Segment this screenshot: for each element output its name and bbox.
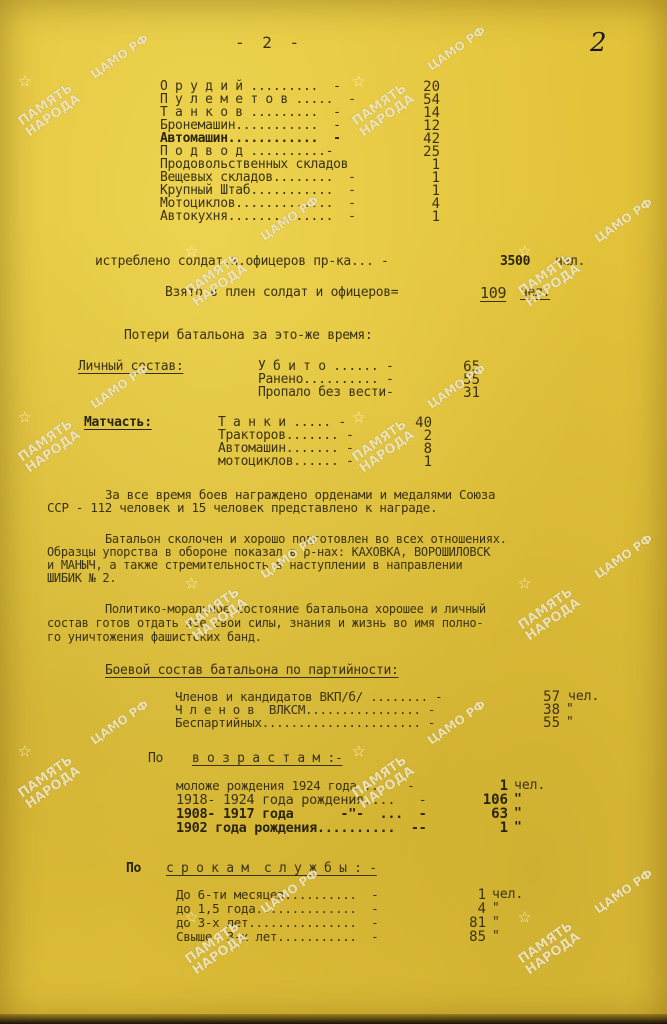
age-label: 1918- 1924 года рождения.... - (176, 793, 427, 807)
service-label: До 6-ти месяцев.......... - (176, 888, 378, 902)
service-heading: с р о к а м с л у ж б ы : - (166, 862, 377, 876)
captured-unit: чел. (520, 286, 550, 300)
battalion-line: ШИБИК № 2. (47, 571, 116, 585)
service-unit: чел. (492, 888, 523, 902)
project-watermark: ПАМЯТЬНАРОДА (16, 82, 83, 140)
age-value: 1 (468, 821, 508, 835)
service-unit: " (492, 916, 500, 930)
losses-heading: Потери батальона за это-же время: (124, 329, 372, 343)
party-unit: " (566, 716, 574, 730)
archive-watermark: ЦАМО РФ (88, 31, 151, 81)
star-icon: ☆ (185, 570, 198, 595)
service-label: до 3-х лет............... - (176, 916, 378, 930)
project-watermark-line: НАРОДА (23, 92, 82, 139)
age-heading-prefix: По (148, 752, 163, 766)
trophy-value: 1 (400, 210, 440, 224)
age-unit: " (514, 807, 522, 821)
service-label: Свыше 3-х лет........... - (176, 930, 378, 944)
party-heading: Боевой состав батальона по партийности: (105, 664, 399, 678)
personnel-heading: Личный состав: (78, 360, 183, 374)
party-value: 55 (520, 716, 560, 730)
project-watermark-line: ПАМЯТЬ (16, 754, 75, 801)
star-icon: ☆ (18, 738, 31, 763)
destroyed-label: истреблено солдат.и.офицеров пр-ка... - (95, 255, 389, 269)
age-label: 1902 года рождения.......... -- (176, 821, 427, 835)
project-watermark-line: НАРОДА (23, 764, 82, 811)
star-icon: ☆ (18, 404, 31, 429)
morale-line: го уничтожения фашистских банд. (47, 630, 262, 644)
service-value: 1 (446, 888, 486, 902)
materiel-label: мотоциклов...... - (218, 455, 353, 469)
morale-line: Политико-моральное состояние батальона х… (105, 602, 486, 616)
service-value: 81 (446, 916, 486, 930)
archive-watermark: ЦАМО РФ (592, 866, 655, 916)
project-watermark: ПАМЯТЬНАРОДА (16, 754, 83, 812)
age-heading: в о з р а с т а м :- (192, 752, 343, 766)
project-watermark-line: ПАМЯТЬ (16, 82, 75, 129)
project-watermark-line: ПАМЯТЬ (16, 418, 75, 465)
project-watermark-line: ПАМЯТЬ (516, 920, 575, 967)
age-unit: " (514, 793, 522, 807)
handwritten-page-number: 2 (590, 28, 607, 58)
archive-watermark: ЦАМО РФ (425, 23, 488, 73)
age-label: моложе рождения 1924 года... - (176, 779, 414, 793)
battalion-line: Образцы упорства в обороне показал в р-н… (47, 545, 490, 559)
battalion-line: и МАНЫЧ, а также стремительность в насту… (47, 558, 462, 572)
age-value: 1 (468, 779, 508, 793)
morale-line: состав готов отдать все свои силы, знани… (47, 616, 483, 630)
captured-label: Взято в плен солдат и офицеров= (165, 286, 398, 300)
service-value: 4 (446, 902, 486, 916)
star-icon: ☆ (518, 904, 531, 929)
service-unit: " (492, 902, 500, 916)
archive-watermark: ЦАМО РФ (592, 195, 655, 245)
service-value: 85 (446, 930, 486, 944)
project-watermark: ПАМЯТЬНАРОДА (516, 920, 583, 978)
age-label: 1908- 1917 года -"- ... - (176, 807, 427, 821)
battalion-line: Батальон сколочен и хорошо подготовлен в… (105, 532, 507, 546)
archive-watermark: ЦАМО РФ (88, 697, 151, 747)
service-unit: " (492, 930, 500, 944)
project-watermark-line: НАРОДА (523, 930, 582, 977)
personnel-value: 31 (440, 386, 480, 400)
age-unit: " (514, 821, 522, 835)
project-watermark-line: ПАМЯТЬ (516, 586, 575, 633)
archive-watermark: ЦАМО РФ (592, 531, 655, 581)
project-watermark: ПАМЯТЬНАРОДА (516, 586, 583, 644)
project-watermark-line: НАРОДА (23, 428, 82, 475)
service-heading-prefix: По (126, 862, 141, 876)
document-page: - 2 - 2 О р у д и й ......... - 20 П у л… (0, 0, 667, 1024)
project-watermark-line: НАРОДА (523, 596, 582, 643)
materiel-value: 1 (392, 455, 432, 469)
captured-value: 109 (480, 286, 506, 300)
star-icon: ☆ (352, 738, 365, 763)
age-unit: чел. (514, 779, 545, 793)
service-label: до 1,5 года.............. - (176, 902, 378, 916)
star-icon: ☆ (352, 68, 365, 93)
materiel-heading: Матчасть: (84, 416, 152, 430)
star-icon: ☆ (518, 570, 531, 595)
party-label: Беспартийных...................... - (175, 716, 435, 730)
project-watermark: ПАМЯТЬНАРОДА (16, 418, 83, 476)
page-marker: - 2 - (235, 36, 303, 50)
star-icon: ☆ (18, 68, 31, 93)
destroyed-unit: чел. (555, 255, 585, 269)
star-icon: ☆ (352, 404, 365, 429)
destroyed-value: 3500 (500, 255, 530, 269)
personnel-label: Пропало без вести- (258, 386, 393, 400)
age-value: 106 (468, 793, 508, 807)
awards-line: ССР - 112 человек и 15 человек представл… (47, 501, 437, 515)
age-value: 63 (468, 807, 508, 821)
trophy-label: Автокухня.............. - (160, 210, 356, 224)
